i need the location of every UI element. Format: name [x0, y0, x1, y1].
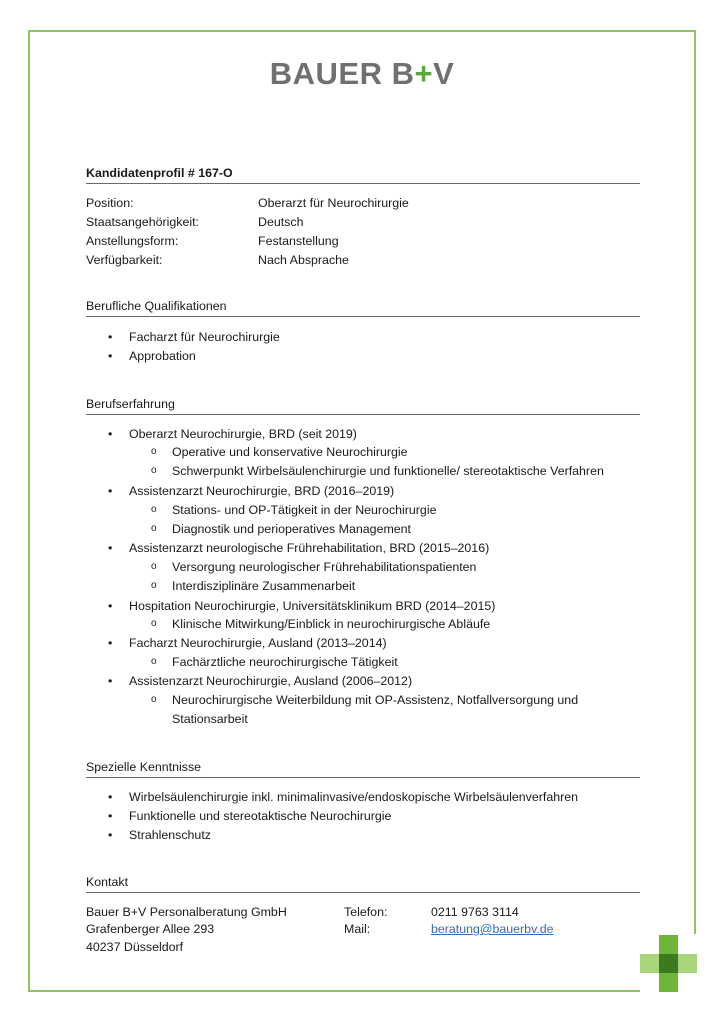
frame-border-top	[28, 30, 696, 32]
field-value-availability: Nach Absprache	[258, 253, 349, 267]
field-label-availability: Verfügbarkeit:	[86, 253, 162, 267]
frame-border-right	[694, 30, 696, 934]
bullet-icon: •	[108, 349, 112, 363]
field-value-employment: Festanstellung	[258, 234, 339, 248]
bullet-icon: •	[108, 809, 112, 823]
experience-title: Berufserfahrung	[86, 397, 640, 415]
sub-bullet-icon: o	[151, 561, 157, 572]
bullet-icon: •	[108, 828, 112, 842]
sub-bullet-icon: o	[151, 523, 157, 534]
bullet-icon: •	[108, 674, 112, 688]
bullet-icon: •	[108, 599, 112, 613]
bullet-icon: •	[108, 636, 112, 650]
bullet-icon: •	[108, 541, 112, 555]
sub-bullet-icon: o	[151, 656, 157, 667]
company-logo: BAUER B+V	[0, 56, 724, 92]
contact-company: Bauer B+V Personalberatung GmbH	[86, 905, 287, 919]
contact-phone-label: Telefon:	[344, 905, 387, 919]
frame-border-left	[28, 30, 30, 992]
field-label-nationality: Staatsangehörigkeit:	[86, 215, 199, 229]
sub-bullet-icon: o	[151, 504, 157, 515]
sub-bullet-icon: o	[151, 580, 157, 591]
contact-phone-value: 0211 9763 3114	[431, 905, 519, 919]
contact-city: 40237 Düsseldorf	[86, 940, 183, 954]
logo-plus-icon: +	[414, 56, 433, 91]
qualifications-title: Berufliche Qualifikationen	[86, 299, 640, 317]
sub-bullet-icon: o	[151, 446, 157, 457]
contact-mail-label: Mail:	[344, 922, 370, 936]
sub-bullet-icon: o	[151, 465, 157, 476]
field-value-position: Oberarzt für Neurochirurgie	[258, 196, 409, 210]
logo-text-bauer-b: BAUER B	[270, 56, 415, 91]
field-label-employment: Anstellungsform:	[86, 234, 178, 248]
sub-bullet-icon: o	[151, 694, 157, 705]
logo-text-v: V	[433, 56, 454, 91]
profile-title: Kandidatenprofil # 167-O	[86, 166, 640, 184]
bullet-icon: •	[108, 330, 112, 344]
frame-border-bottom	[28, 990, 640, 992]
decorative-cross-icon	[640, 935, 697, 992]
bullet-icon: •	[108, 790, 112, 804]
field-value-nationality: Deutsch	[258, 215, 303, 229]
contact-street: Grafenberger Allee 293	[86, 922, 214, 936]
sub-bullet-icon: o	[151, 618, 157, 629]
contact-title: Kontakt	[86, 875, 640, 893]
bullet-icon: •	[108, 427, 112, 441]
contact-mail-link[interactable]: beratung@bauerbv.de	[431, 922, 554, 936]
bullet-icon: •	[108, 484, 112, 498]
field-label-position: Position:	[86, 196, 134, 210]
skills-title: Spezielle Kenntnisse	[86, 760, 640, 778]
